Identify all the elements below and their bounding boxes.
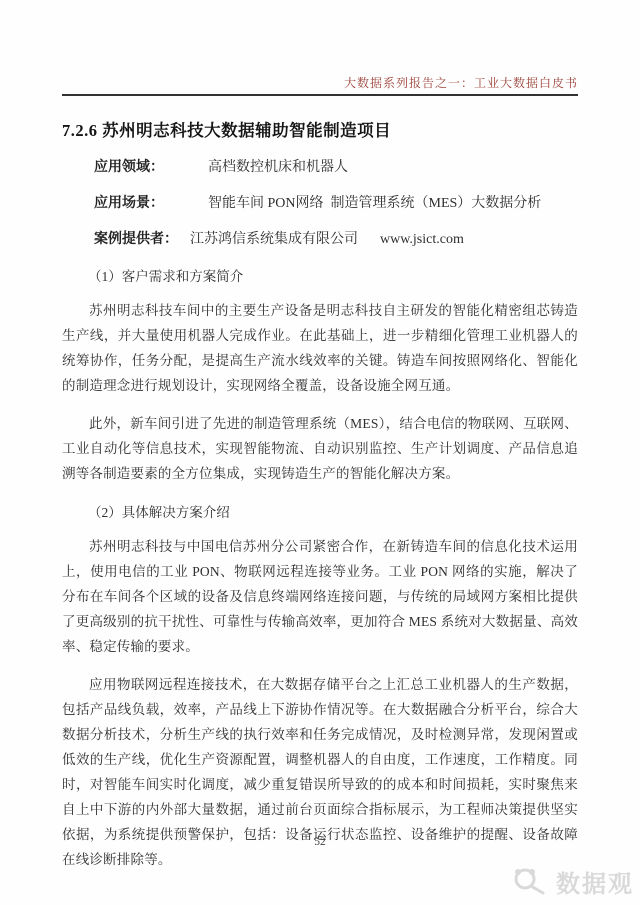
subsection-2: （2）具体解决方案介绍 苏州明志科技与中国电信苏州分公司紧密合作，在新铸造车间的… [62, 503, 578, 872]
subsection-1: （1）客户需求和方案简介 苏州明志科技车间中的主要生产设备是明志科技自主研发的智… [62, 267, 578, 486]
meta-label: 应用领域： [94, 158, 178, 178]
section-title: 7.2.6 苏州明志科技大数据辅助智能制造项目 [62, 120, 578, 142]
paragraph: 此外，新车间引进了先进的制造管理系统（MES），结合电信的物联网、互联网、工业自… [62, 411, 578, 486]
paragraph: 苏州明志科技车间中的主要生产设备是明志科技自主研发的智能化精密组芯铸造生产线，并… [62, 298, 578, 398]
meta-row-application-field: 应用领域： 高档数控机床和机器人 [94, 158, 578, 178]
watermark: 数据观 [511, 864, 634, 899]
meta-value: 智能车间 PON网络 制造管理系统（MES）大数据分析 [208, 194, 541, 214]
subsection-1-heading: （1）客户需求和方案简介 [88, 267, 578, 287]
subsection-2-heading: （2）具体解决方案介绍 [88, 503, 578, 523]
meta-value: 江苏鸿信系统集成有限公司 [190, 230, 358, 250]
running-header: 大数据系列报告之一：工业大数据白皮书 [62, 76, 578, 90]
header-rule [62, 94, 578, 96]
meta-row-application-scenario: 应用场景： 智能车间 PON网络 制造管理系统（MES）大数据分析 [94, 194, 578, 214]
meta-row-case-provider: 案例提供者： 江苏鸿信系统集成有限公司 www.jsict.com [94, 230, 578, 250]
case-meta: 应用领域： 高档数控机床和机器人 应用场景： 智能车间 PON网络 制造管理系统… [62, 158, 578, 250]
watermark-logo-icon [511, 866, 551, 898]
paragraph: 苏州明志科技与中国电信苏州分公司紧密合作，在新铸造车间的信息化技术运用上，使用电… [62, 534, 578, 659]
meta-value: 高档数控机床和机器人 [208, 158, 348, 178]
section-title-text: 苏州明志科技大数据辅助智能制造项目 [102, 121, 391, 140]
provider-website: www.jsict.com [380, 230, 464, 250]
section-number: 7.2.6 [62, 121, 98, 140]
page-number: 52 [0, 836, 640, 848]
watermark-text: 数据观 [556, 864, 634, 899]
page-content: 大数据系列报告之一：工业大数据白皮书 7.2.6 苏州明志科技大数据辅助智能制造… [0, 0, 640, 872]
document-page: 大数据系列报告之一：工业大数据白皮书 7.2.6 苏州明志科技大数据辅助智能制造… [0, 0, 640, 905]
meta-label: 应用场景： [94, 194, 178, 214]
meta-label: 案例提供者： [94, 230, 178, 250]
